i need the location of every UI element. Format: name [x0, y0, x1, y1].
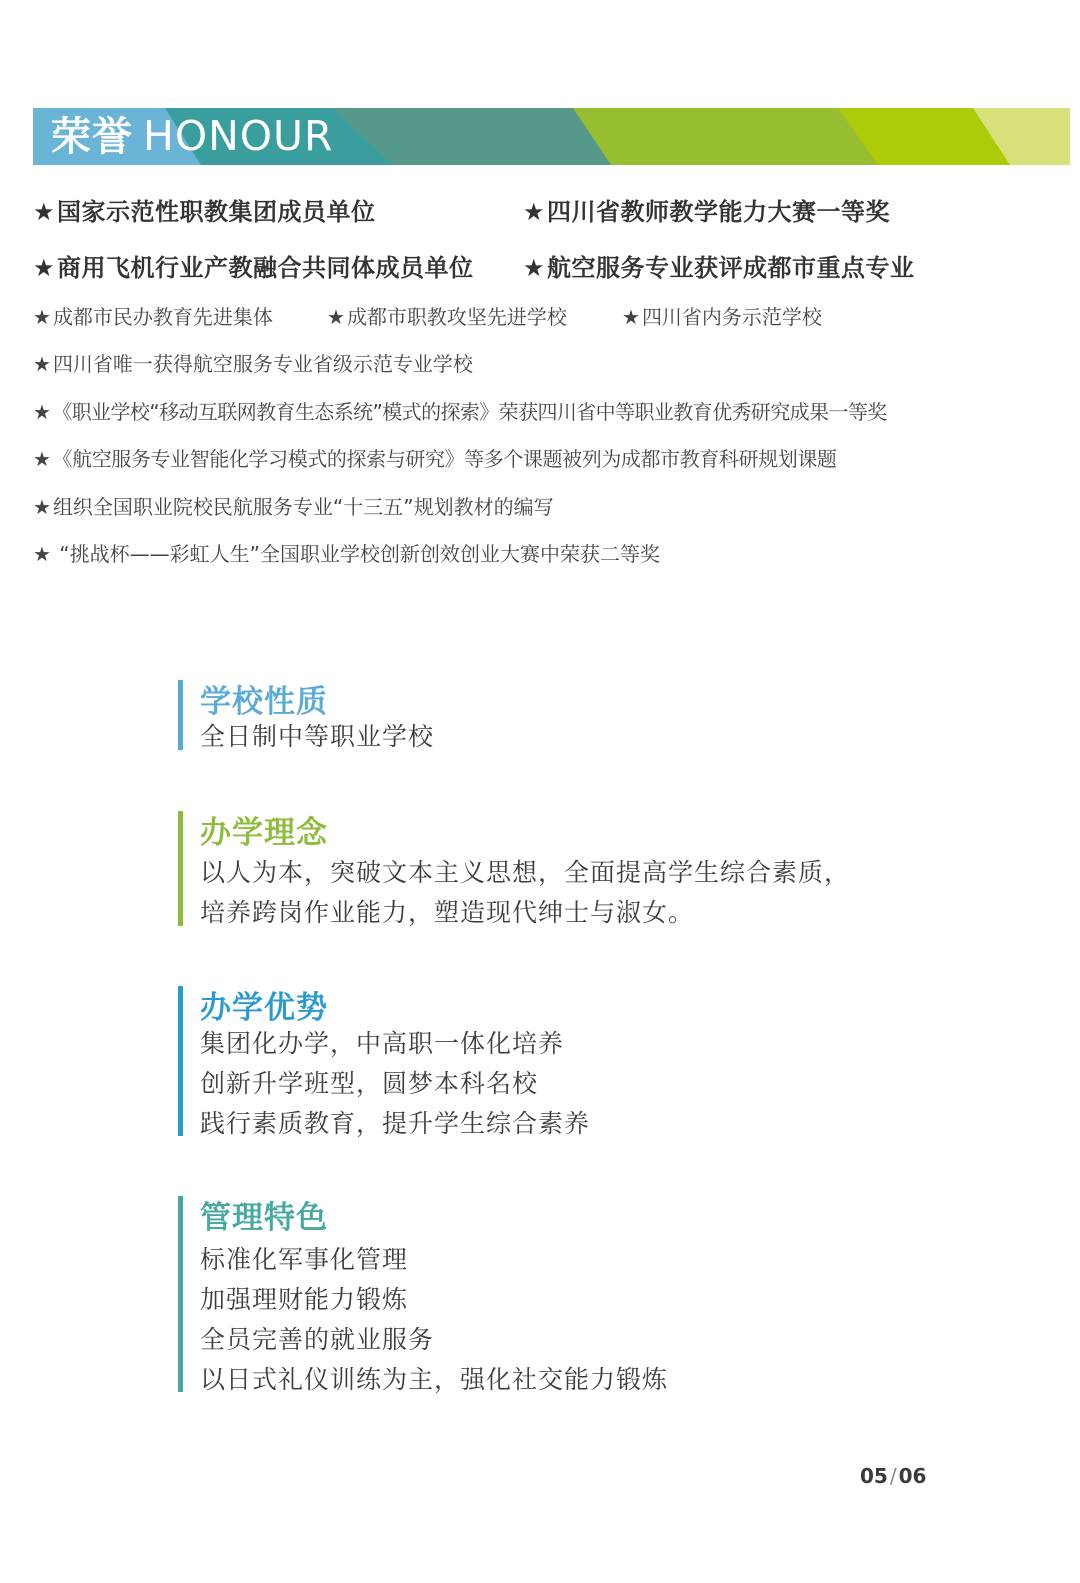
honour-item: ★ “挑战杯——彩虹人生”全国职业学校创新创效创业大赛中荣获二等奖 [33, 538, 660, 567]
honour-text: 成都市职教攻坚先进学校 [347, 305, 567, 329]
section-title: 学校性质 [200, 676, 328, 721]
honour-item: ★成都市职教攻坚先进学校 [327, 301, 567, 330]
honour-item-large: ★四川省教师教学能力大赛一等奖 [523, 192, 890, 227]
honour-item-large: ★商用飞机行业产教融合共同体成员单位 [33, 248, 474, 283]
star-icon: ★ [523, 198, 545, 226]
honour-item: ★组织全国职业院校民航服务专业“十三五”规划教材的编写 [33, 491, 554, 520]
page-total: 06 [899, 1464, 927, 1488]
star-icon: ★ [33, 305, 51, 329]
section-title: 办学理念 [200, 807, 328, 852]
section-line: 标准化军事化管理 [200, 1240, 668, 1280]
section-line: 加强理财能力锻炼 [200, 1280, 668, 1320]
banner-title: 荣誉HONOUR [51, 111, 334, 162]
banner-title-cn: 荣誉 [51, 114, 133, 160]
honour-text: 四川省教师教学能力大赛一等奖 [547, 198, 890, 226]
section-body: 标准化军事化管理 加强理财能力锻炼 全员完善的就业服务 以日式礼仪训练为主，强化… [200, 1240, 668, 1400]
star-icon: ★ [33, 447, 51, 471]
page-number: 05/06 [860, 1464, 926, 1488]
star-icon: ★ [33, 352, 51, 376]
section-line: 以日式礼仪训练为主，强化社交能力锻炼 [200, 1360, 668, 1400]
honour-text: 《航空服务专业智能化学习模式的探索与研究》等多个课题被列为成都市教育科研规划课题 [53, 447, 837, 471]
honour-item: ★四川省内务示范学校 [622, 301, 822, 330]
page-current: 05 [860, 1464, 888, 1488]
honour-item-large: ★国家示范性职教集团成员单位 [33, 192, 376, 227]
section-line: 践行素质教育，提升学生综合素养 [200, 1104, 590, 1144]
page-separator: / [890, 1464, 897, 1488]
honour-text: “挑战杯——彩虹人生”全国职业学校创新创效创业大赛中荣获二等奖 [53, 542, 660, 566]
star-icon: ★ [33, 254, 55, 282]
star-icon: ★ [327, 305, 345, 329]
star-icon: ★ [523, 254, 545, 282]
section-body: 全日制中等职业学校 [200, 717, 434, 757]
section-body: 集团化办学，中高职一体化培养 创新升学班型，圆梦本科名校 践行素质教育，提升学生… [200, 1024, 590, 1144]
section-line: 创新升学班型，圆梦本科名校 [200, 1064, 590, 1104]
section-accent-bar [178, 811, 183, 926]
section-line: 以人为本，突破文本主义思想，全面提高学生综合素质， [200, 853, 850, 893]
star-icon: ★ [33, 198, 55, 226]
honour-text: 航空服务专业获评成都市重点专业 [547, 254, 915, 282]
section-title: 办学优势 [200, 982, 328, 1027]
honour-text: 商用飞机行业产教融合共同体成员单位 [57, 254, 474, 282]
honour-text: 组织全国职业院校民航服务专业“十三五”规划教材的编写 [53, 495, 554, 519]
section-accent-bar [178, 1196, 183, 1392]
honour-text: 国家示范性职教集团成员单位 [57, 198, 376, 226]
honour-text: 四川省唯一获得航空服务专业省级示范专业学校 [53, 352, 473, 376]
star-icon: ★ [622, 305, 640, 329]
section-title: 管理特色 [200, 1192, 328, 1237]
section-accent-bar [178, 680, 183, 750]
section-line: 全日制中等职业学校 [200, 717, 434, 757]
honour-item: ★《职业学校“移动互联网教育生态系统”模式的探索》荣获四川省中等职业教育优秀研究… [33, 396, 887, 425]
section-body: 以人为本，突破文本主义思想，全面提高学生综合素质， 培养跨岗作业能力，塑造现代绅… [200, 853, 850, 933]
honour-item: ★《航空服务专业智能化学习模式的探索与研究》等多个课题被列为成都市教育科研规划课… [33, 443, 837, 472]
section-line: 全员完善的就业服务 [200, 1320, 668, 1360]
section-line: 集团化办学，中高职一体化培养 [200, 1024, 590, 1064]
section-line: 培养跨岗作业能力，塑造现代绅士与淑女。 [200, 893, 850, 933]
star-icon: ★ [33, 542, 51, 566]
honour-text: 《职业学校“移动互联网教育生态系统”模式的探索》荣获四川省中等职业教育优秀研究成… [52, 400, 886, 424]
honour-text: 成都市民办教育先进集体 [53, 305, 273, 329]
honour-item-large: ★航空服务专业获评成都市重点专业 [523, 248, 915, 283]
star-icon: ★ [33, 495, 51, 519]
section-accent-bar [178, 986, 183, 1136]
banner-title-en: HONOUR [143, 112, 334, 160]
honour-banner: 荣誉HONOUR [33, 108, 1070, 165]
honour-item: ★成都市民办教育先进集体 [33, 301, 273, 330]
honour-text: 四川省内务示范学校 [642, 305, 822, 329]
star-icon: ★ [33, 400, 50, 424]
honour-item: ★四川省唯一获得航空服务专业省级示范专业学校 [33, 348, 473, 377]
